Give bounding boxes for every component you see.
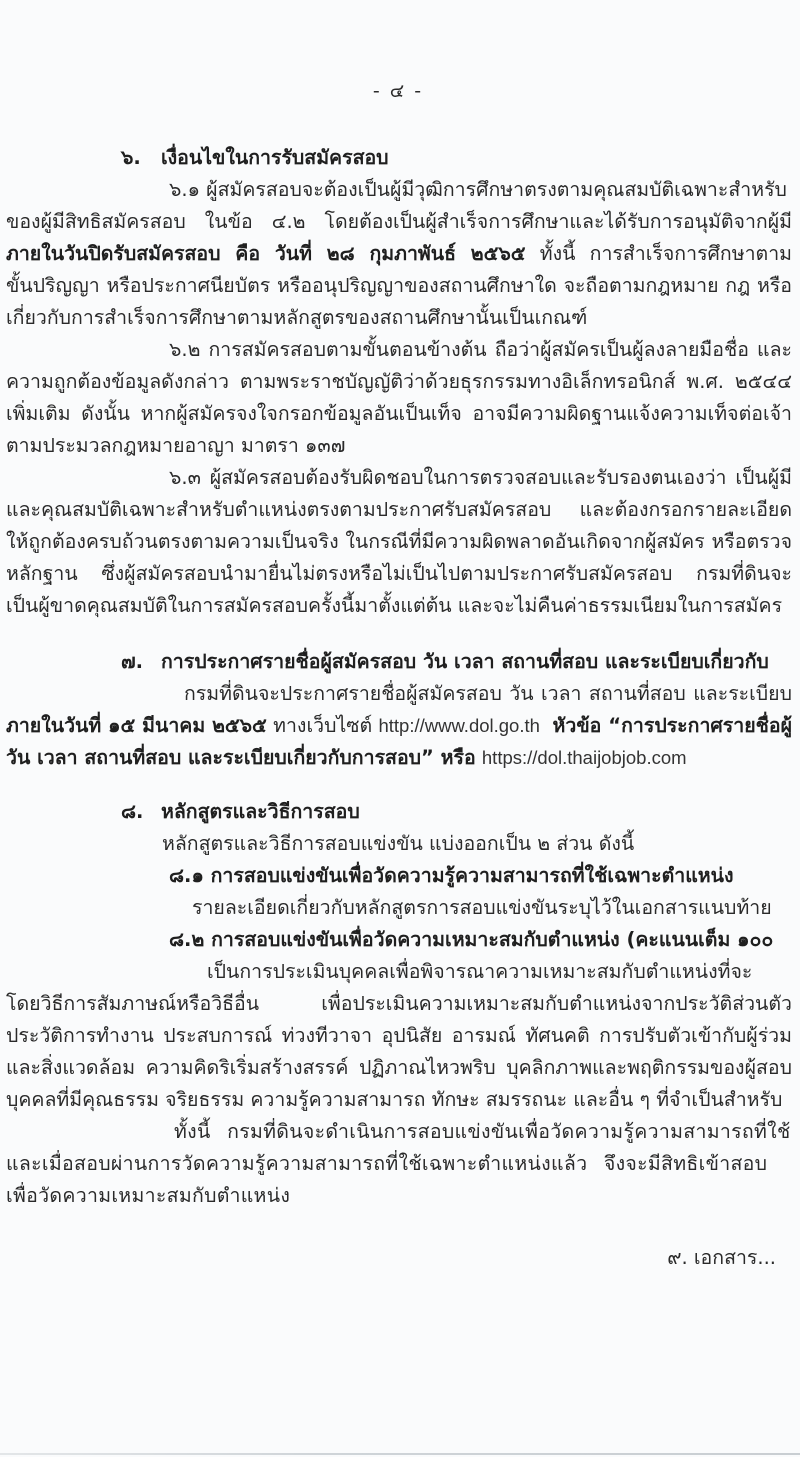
text-segment: ภายในวันที่ ๑๕ มีนาคม ๒๕๖๕	[6, 714, 267, 737]
text-line: วัน เวลา สถานที่สอบ และระเบียบเกี่ยวกับก…	[4, 742, 792, 774]
text-line: ตามประมวลกฎหมายอาญา มาตรา ๑๓๗	[4, 430, 792, 462]
text-line: ของผู้มีสิทธิสมัครสอบ ในข้อ ๔.๒ โดยต้องเ…	[4, 206, 792, 238]
text-line: หลักฐาน ซึ่งผู้สมัครสอบนำมายื่นไม่ตรงหรื…	[4, 558, 792, 590]
section-title: เงื่อนไขในการรับสมัครสอบ	[161, 146, 389, 169]
text-segment: ๖.๑ ผู้สมัครสอบจะต้องเป็นผู้มีวุฒิการศึก…	[169, 178, 787, 206]
text-line: เป็นผู้ขาดคุณสมบัติในการสมัครสอบครั้งนี้…	[4, 590, 792, 622]
text-segment: ภายในวันปิดรับสมัครสอบ คือ วันที่ ๒๘ กุม…	[6, 242, 526, 265]
text-line: เพื่อวัดความเหมาะสมกับตำแหน่ง	[4, 1180, 792, 1212]
scan-edge	[0, 1453, 800, 1455]
text-segment: หลักสูตรและวิธีการสอบแข่งขัน แบ่งออกเป็น…	[162, 832, 634, 855]
text-line: เป็นการประเมินบุคคลเพื่อพิจารณาความเหมาะ…	[4, 956, 792, 988]
section-title: หลักสูตรและวิธีการสอบ	[161, 800, 360, 823]
text-segment: กรมที่ดินจะประกาศรายชื่อผู้สมัครสอบ วัน …	[184, 682, 792, 710]
section-number: ๗.	[121, 646, 161, 678]
text-line: กรมที่ดินจะประกาศรายชื่อผู้สมัครสอบ วัน …	[4, 678, 792, 710]
text-segment: ๖.๓ ผู้สมัครสอบต้องรับผิดชอบในการตรวจสอบ…	[169, 466, 792, 494]
text-line: ภายในวันปิดรับสมัครสอบ คือ วันที่ ๒๘ กุม…	[4, 238, 792, 270]
text-line: ความถูกต้องข้อมูลดังกล่าว ตามพระราชบัญญั…	[4, 366, 792, 398]
document-body: ๖.เงื่อนไขในการรับสมัครสอบ๖.๑ ผู้สมัครสอ…	[4, 142, 792, 1212]
text-segment: ๘.๒ การสอบแข่งขันเพื่อวัดความเหมาะสมกับต…	[169, 928, 780, 956]
text-line: ๘.๑ การสอบแข่งขันเพื่อวัดความรู้ความสามา…	[4, 860, 792, 892]
section-number: ๖.	[121, 142, 161, 174]
text-segment: เพิ่มเติม ดังนั้น หากผู้สมัครจงใจกรอกข้อ…	[6, 402, 792, 430]
text-line: โดยวิธีการสัมภาษณ์หรือวิธีอื่น เพื่อประเ…	[4, 988, 792, 1020]
text-line: เพิ่มเติม ดังนั้น หากผู้สมัครจงใจกรอกข้อ…	[4, 398, 792, 430]
document-page: - ๔ - ๖.เงื่อนไขในการรับสมัครสอบ๖.๑ ผู้ส…	[0, 0, 800, 1457]
text-line: ๖.๑ ผู้สมัครสอบจะต้องเป็นผู้มีวุฒิการศึก…	[4, 174, 792, 206]
text-line: ๘.๒ การสอบแข่งขันเพื่อวัดความเหมาะสมกับต…	[4, 924, 792, 956]
section-number: ๘.	[121, 796, 161, 828]
url-text: http://www.dol.go.th	[378, 715, 539, 736]
text-segment: และเมื่อสอบผ่านการวัดความรู้ความสามารถที…	[6, 1152, 767, 1180]
continuation-marker: ๙. เอกสาร...	[4, 1242, 792, 1274]
text-segment: ๘.๑ การสอบแข่งขันเพื่อวัดความรู้ความสามา…	[169, 864, 740, 892]
section-heading: ๘.หลักสูตรและวิธีการสอบ	[4, 796, 792, 828]
text-line: และเมื่อสอบผ่านการวัดความรู้ความสามารถที…	[4, 1148, 792, 1180]
text-line: รายละเอียดเกี่ยวกับหลักสูตรการสอบแข่งขัน…	[4, 892, 792, 924]
text-line: และสิ่งแวดล้อม ความคิดริเริ่มสร้างสรรค์ …	[4, 1052, 792, 1084]
text-line: ให้ถูกต้องครบถ้วนตรงตามความเป็นจริง ในกร…	[4, 526, 792, 558]
url-text: https://dol.thaijobjob.com	[482, 747, 687, 768]
text-line: บุคคลที่มีคุณธรรม จริยธรรม ความรู้ความสา…	[4, 1084, 792, 1116]
section-title: การประกาศรายชื่อผู้สมัครสอบ วัน เวลา สถา…	[121, 650, 769, 678]
text-line: ภายในวันที่ ๑๕ มีนาคม ๒๕๖๕ ทางเว็บไซต์ h…	[4, 710, 792, 742]
text-segment: เพื่อวัดความเหมาะสมกับตำแหน่ง	[6, 1184, 290, 1207]
text-segment: และคุณสมบัติเฉพาะสำหรับตำแหน่งตรงตามประก…	[6, 498, 792, 526]
section-heading: ๖.เงื่อนไขในการรับสมัครสอบ	[4, 142, 792, 174]
text-line: หลักสูตรและวิธีการสอบแข่งขัน แบ่งออกเป็น…	[4, 828, 792, 860]
text-line: ๖.๒ การสมัครสอบตามขั้นตอนข้างต้น ถือว่าผ…	[4, 334, 792, 366]
text-line: ทั้งนี้ กรมที่ดินจะดำเนินการสอบแข่งขันเพ…	[4, 1116, 792, 1148]
text-segment: เกี่ยวกับการสำเร็จการศึกษาตามหลักสูตรของ…	[6, 306, 587, 329]
text-segment: ทางเว็บไซต์	[267, 714, 379, 737]
text-segment: โดยวิธีการสัมภาษณ์หรือวิธีอื่น เพื่อประเ…	[6, 992, 792, 1020]
text-line: ประวัติการทำงาน ประสบการณ์ ท่วงทีวาจา อุ…	[4, 1020, 792, 1052]
text-segment: หลักฐาน ซึ่งผู้สมัครสอบนำมายื่นไม่ตรงหรื…	[6, 562, 792, 590]
text-line: ขั้นปริญญา หรือประกาศนียบัตร หรืออนุปริญ…	[4, 270, 792, 302]
text-segment: ความถูกต้องข้อมูลดังกล่าว ตามพระราชบัญญั…	[6, 370, 792, 398]
text-segment: ประวัติการทำงาน ประสบการณ์ ท่วงทีวาจา อุ…	[6, 1024, 792, 1052]
text-segment: ตามประมวลกฎหมายอาญา มาตรา ๑๓๗	[6, 434, 345, 457]
text-segment: เป็นผู้ขาดคุณสมบัติในการสมัครสอบครั้งนี้…	[6, 594, 782, 622]
text-segment: ของผู้มีสิทธิสมัครสอบ ในข้อ ๔.๒ โดยต้องเ…	[6, 210, 792, 238]
section-heading: ๗.การประกาศรายชื่อผู้สมัครสอบ วัน เวลา ส…	[4, 646, 792, 678]
page-number: - ๔ -	[4, 78, 792, 104]
text-segment: และสิ่งแวดล้อม ความคิดริเริ่มสร้างสรรค์ …	[6, 1056, 792, 1084]
text-segment: ให้ถูกต้องครบถ้วนตรงตามความเป็นจริง ในกร…	[6, 530, 792, 558]
text-line: ๖.๓ ผู้สมัครสอบต้องรับผิดชอบในการตรวจสอบ…	[4, 462, 792, 494]
text-segment: ขั้นปริญญา หรือประกาศนียบัตร หรืออนุปริญ…	[6, 274, 792, 302]
text-segment: ๖.๒ การสมัครสอบตามขั้นตอนข้างต้น ถือว่าผ…	[169, 338, 792, 366]
text-segment: ทั้งนี้ กรมที่ดินจะดำเนินการสอบแข่งขันเพ…	[174, 1120, 790, 1148]
text-segment: เป็นการประเมินบุคคลเพื่อพิจารณาความเหมาะ…	[207, 960, 752, 988]
text-line: เกี่ยวกับการสำเร็จการศึกษาตามหลักสูตรของ…	[4, 302, 792, 334]
text-line: และคุณสมบัติเฉพาะสำหรับตำแหน่งตรงตามประก…	[4, 494, 792, 526]
text-segment	[540, 714, 553, 737]
text-segment: รายละเอียดเกี่ยวกับหลักสูตรการสอบแข่งขัน…	[192, 896, 772, 924]
text-segment: บุคคลที่มีคุณธรรม จริยธรรม ความรู้ความสา…	[6, 1088, 782, 1116]
text-segment: วัน เวลา สถานที่สอบ และระเบียบเกี่ยวกับก…	[6, 746, 476, 769]
